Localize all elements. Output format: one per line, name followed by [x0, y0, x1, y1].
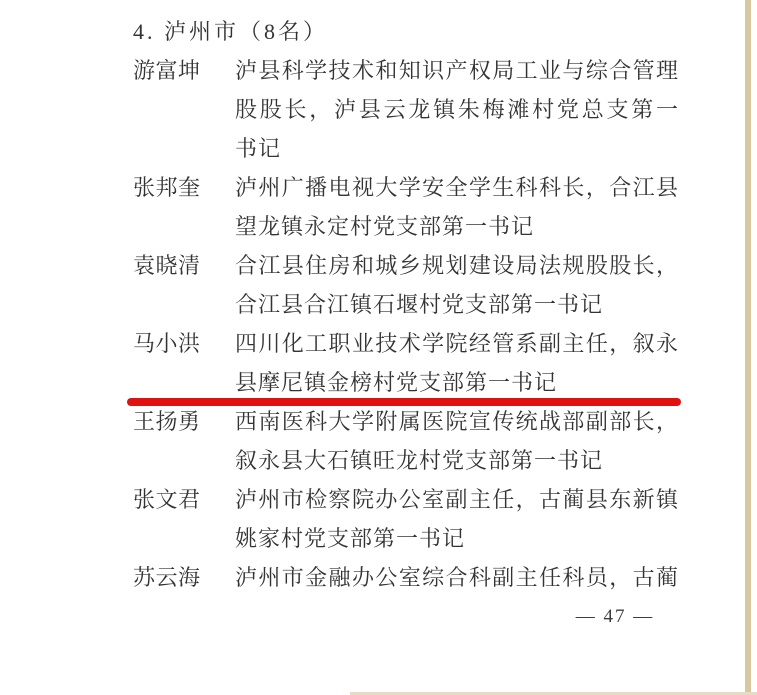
position-line: 姚家村党支部第一书记: [235, 519, 679, 558]
position-line: 四川化工职业技术学院经管系副主任，叙永: [235, 324, 679, 363]
position-line: 西南医科大学附属医院宣传统战部副部长，: [235, 402, 679, 441]
person-position: 合江县住房和城乡规划建设局法规股股长， 合江县合江镇石堰村党支部第一书记: [235, 246, 679, 324]
roster-entry: 苏云海 泸州市金融办公室综合科副主任科员，古蔺: [133, 558, 679, 597]
roster-entry: 游富坤 泸县科学技术和知识产权局工业与综合管理 股股长，泸县云龙镇朱梅滩村党总支…: [133, 51, 679, 168]
roster-entry: 王扬勇 西南医科大学附属医院宣传统战部副部长， 叙永县大石镇旺龙村党支部第一书记: [133, 402, 679, 480]
person-position: 泸州市金融办公室综合科副主任科员，古蔺: [235, 558, 679, 597]
roster-entry: 张邦奎 泸州广播电视大学安全学生科科长，合江县 望龙镇永定村党支部第一书记: [133, 168, 679, 246]
roster-entry-underlined: 马小洪 四川化工职业技术学院经管系副主任，叙永 县摩尼镇金榜村党支部第一书记: [133, 324, 679, 402]
red-underline-annotation: [127, 398, 681, 406]
person-position: 西南医科大学附属医院宣传统战部副部长， 叙永县大石镇旺龙村党支部第一书记: [235, 402, 679, 480]
person-name: 马小洪: [133, 324, 235, 402]
person-position: 四川化工职业技术学院经管系副主任，叙永 县摩尼镇金榜村党支部第一书记: [235, 324, 679, 402]
roster-entry: 袁晓清 合江县住房和城乡规划建设局法规股股长， 合江县合江镇石堰村党支部第一书记: [133, 246, 679, 324]
section-heading: 4. 泸州市（8名）: [133, 12, 679, 51]
page-number: — 47 —: [563, 606, 667, 628]
position-line: 书记: [235, 129, 679, 168]
position-line: 合江县住房和城乡规划建设局法规股股长，: [235, 246, 679, 285]
scan-edge-right: [745, 0, 751, 695]
position-line: 股股长，泸县云龙镇朱梅滩村党总支第一: [235, 90, 679, 129]
person-name: 苏云海: [133, 558, 235, 597]
position-line: 县摩尼镇金榜村党支部第一书记: [235, 363, 679, 402]
position-line: 望龙镇永定村党支部第一书记: [235, 207, 679, 246]
person-name: 张邦奎: [133, 168, 235, 246]
position-line: 合江县合江镇石堰村党支部第一书记: [235, 285, 679, 324]
position-line: 泸州市检察院办公室副主任，古蔺县东新镇: [235, 480, 679, 519]
person-name: 张文君: [133, 480, 235, 558]
person-name: 游富坤: [133, 51, 235, 168]
person-position: 泸州广播电视大学安全学生科科长，合江县 望龙镇永定村党支部第一书记: [235, 168, 679, 246]
position-line: 泸县科学技术和知识产权局工业与综合管理: [235, 51, 679, 90]
position-line: 泸州市金融办公室综合科副主任科员，古蔺: [235, 558, 679, 597]
person-position: 泸县科学技术和知识产权局工业与综合管理 股股长，泸县云龙镇朱梅滩村党总支第一 书…: [235, 51, 679, 168]
person-name: 王扬勇: [133, 402, 235, 480]
person-position: 泸州市检察院办公室副主任，古蔺县东新镇 姚家村党支部第一书记: [235, 480, 679, 558]
person-name: 袁晓清: [133, 246, 235, 324]
roster-list: 4. 泸州市（8名） 游富坤 泸县科学技术和知识产权局工业与综合管理 股股长，泸…: [133, 12, 679, 597]
document-page: 4. 泸州市（8名） 游富坤 泸县科学技术和知识产权局工业与综合管理 股股长，泸…: [0, 0, 757, 695]
position-line: 泸州广播电视大学安全学生科科长，合江县: [235, 168, 679, 207]
position-line: 叙永县大石镇旺龙村党支部第一书记: [235, 441, 679, 480]
roster-entry: 张文君 泸州市检察院办公室副主任，古蔺县东新镇 姚家村党支部第一书记: [133, 480, 679, 558]
